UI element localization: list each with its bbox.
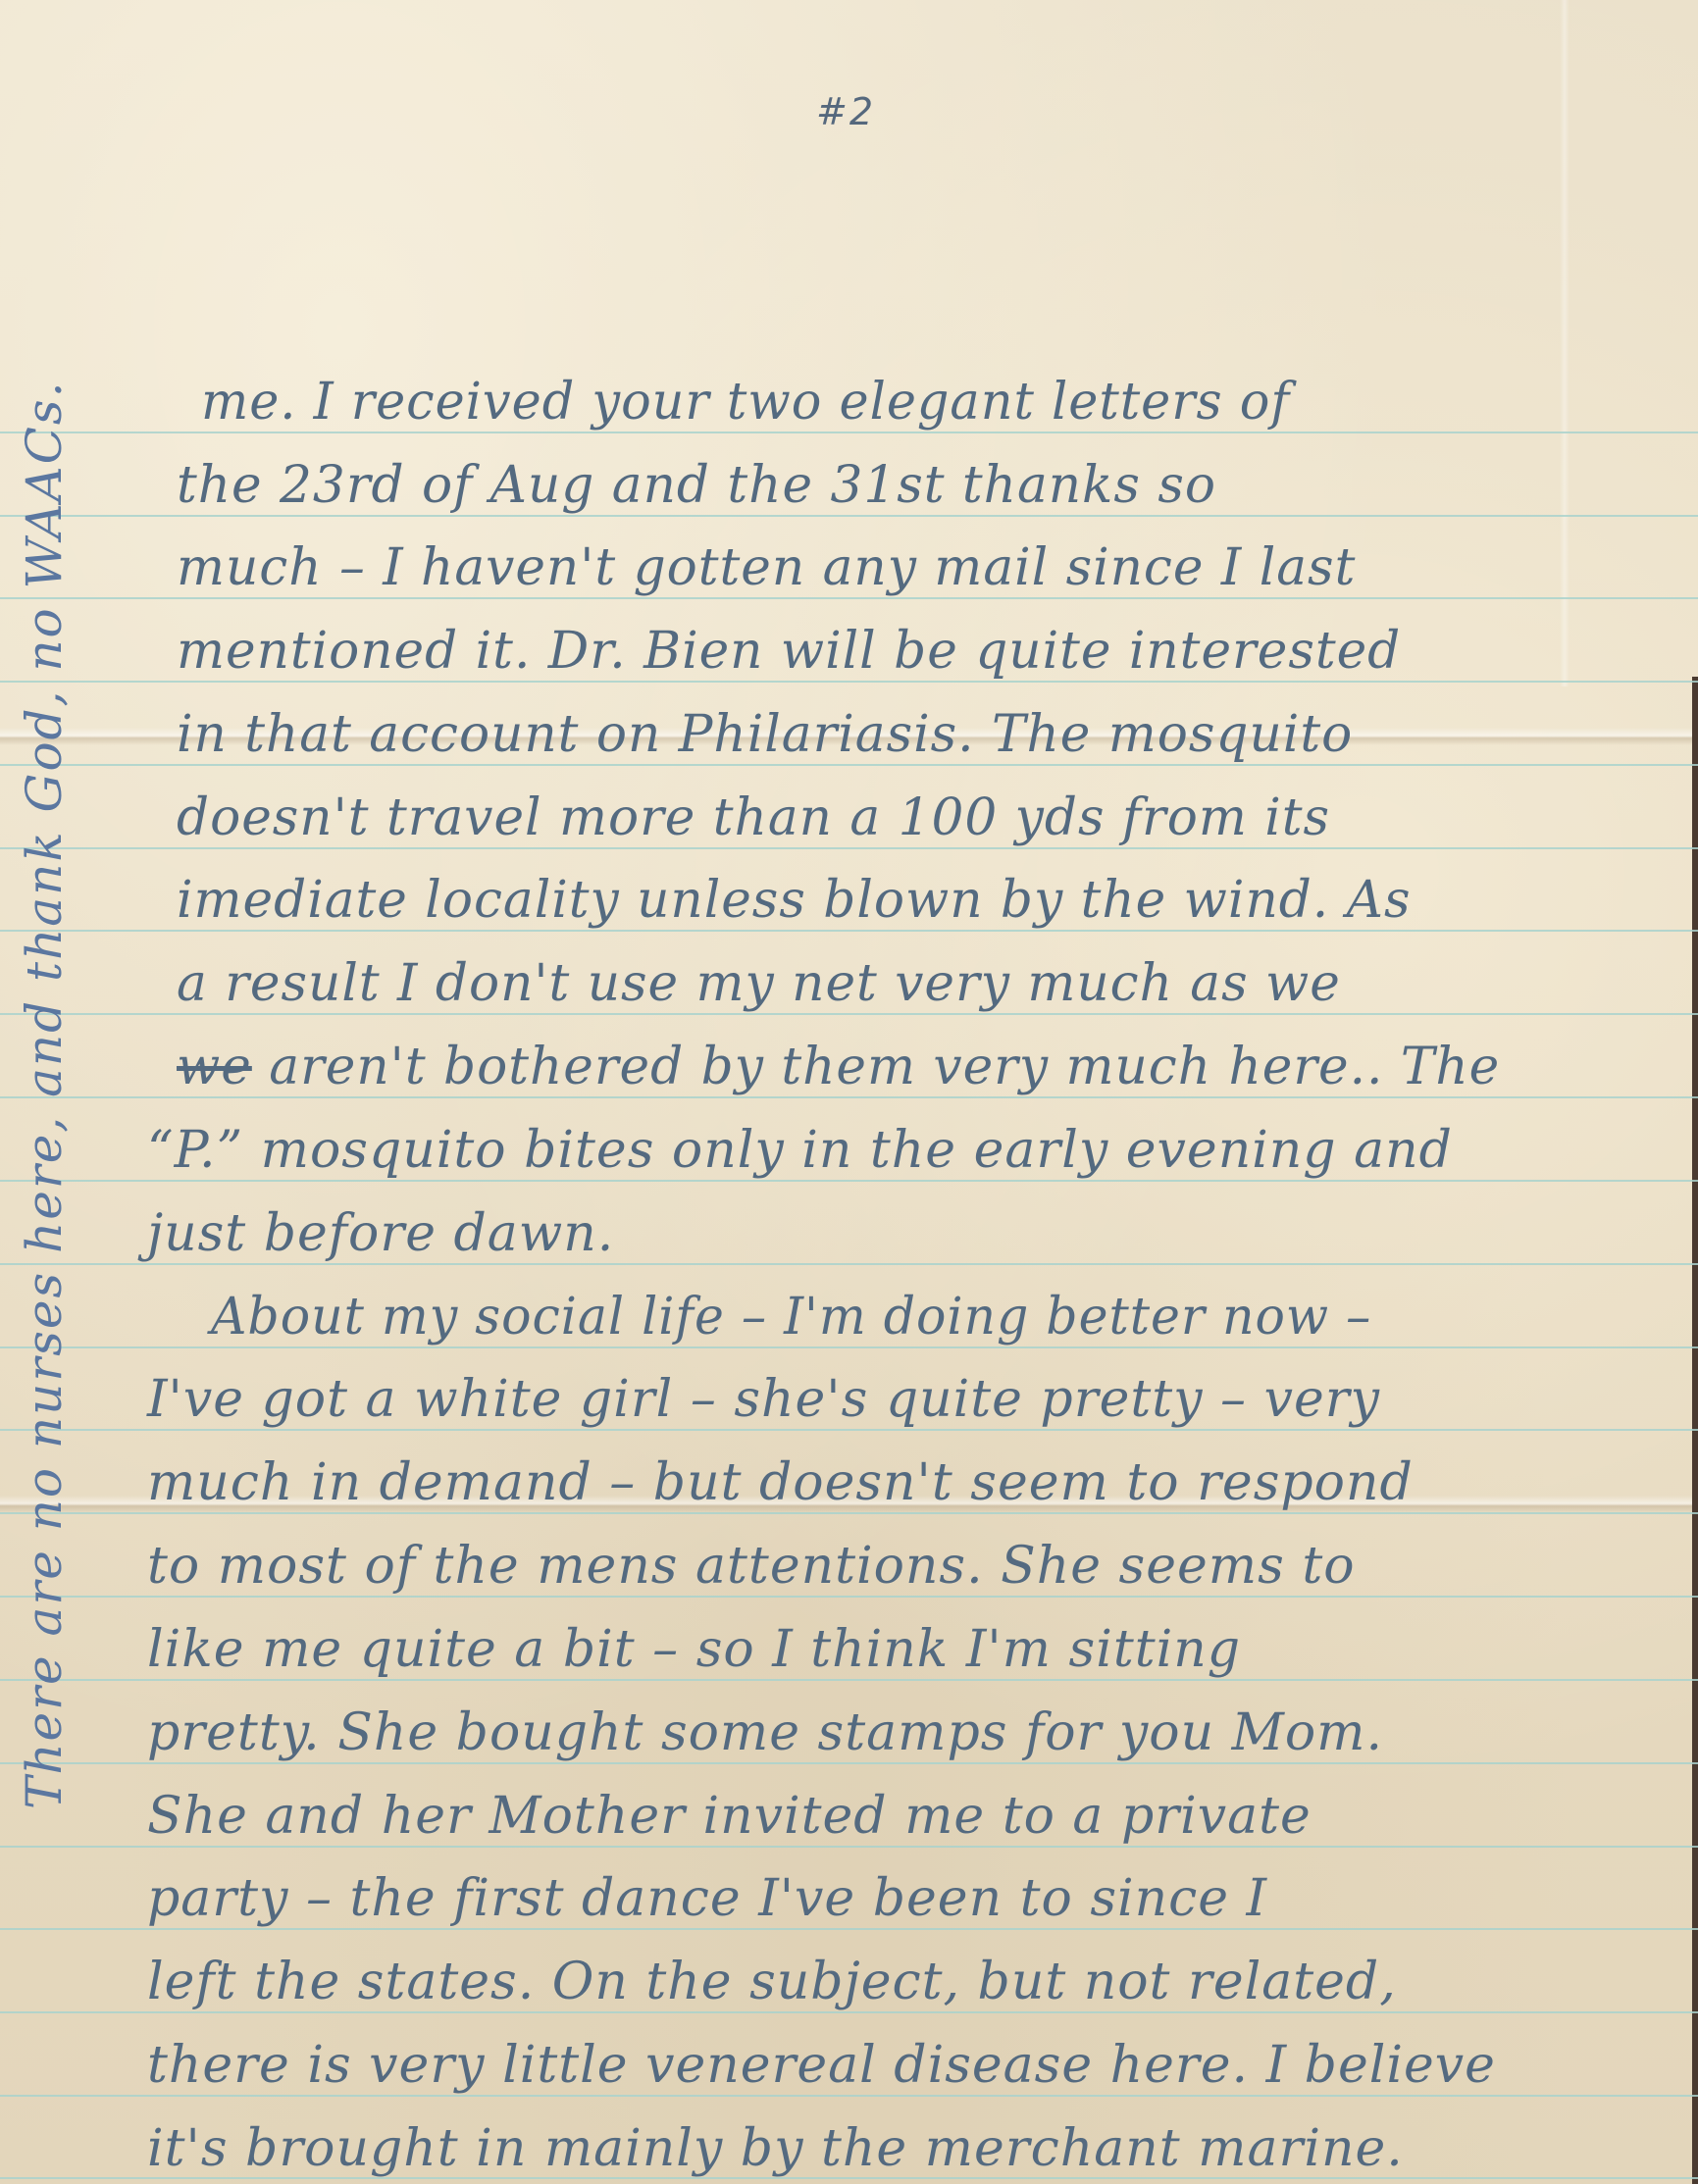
letter-line: a result I don't use my net very much as… bbox=[177, 954, 1659, 1013]
letter-line: it's brought in mainly by the merchant m… bbox=[147, 2119, 1638, 2178]
letter-line: just before dawn. bbox=[147, 1204, 1638, 1263]
letter-line: imediate locality unless blown by the wi… bbox=[177, 871, 1659, 930]
letter-line: much – I haven't gotten any mail since I… bbox=[177, 538, 1659, 597]
letter-line: left the states. On the subject, but not… bbox=[147, 1953, 1638, 2011]
letter-line: me. I received your two elegant letters … bbox=[201, 373, 1660, 432]
letter-line: pretty. She bought some stamps for you M… bbox=[147, 1703, 1638, 1762]
letter-line: “P.” mosquito bites only in the early ev… bbox=[147, 1121, 1638, 1180]
letter-body: me. I received your two elegant letters … bbox=[0, 0, 1698, 2184]
letter-line: party – the first dance I've been to sin… bbox=[147, 1869, 1638, 1928]
letter-line: like me quite a bit – so I think I'm sit… bbox=[147, 1620, 1638, 1679]
letter-line: in that account on Philariasis. The mosq… bbox=[177, 705, 1659, 764]
letter-line-paragraph-start: About my social life – I'm doing better … bbox=[211, 1288, 1659, 1346]
letter-line: doesn't travel more than a 100 yds from … bbox=[177, 788, 1659, 847]
letter-line: She and her Mother invited me to a priva… bbox=[147, 1787, 1638, 1846]
letter-line-rest: aren't bothered by them very much here..… bbox=[269, 1038, 1500, 1096]
letter-line: there is very little venereal disease he… bbox=[147, 2036, 1638, 2095]
letter-line: to most of the mens attentions. She seem… bbox=[147, 1537, 1638, 1596]
struck-word: we bbox=[177, 1038, 252, 1096]
letter-line: the 23rd of Aug and the 31st thanks so bbox=[177, 456, 1659, 515]
letter-line: much in demand – but doesn't seem to res… bbox=[147, 1453, 1638, 1512]
letter-line: I've got a white girl – she's quite pret… bbox=[147, 1370, 1638, 1429]
letter-line-with-strikethrough: we aren't bothered by them very much her… bbox=[177, 1038, 1659, 1096]
letter-line: mentioned it. Dr. Bien will be quite int… bbox=[177, 622, 1659, 681]
